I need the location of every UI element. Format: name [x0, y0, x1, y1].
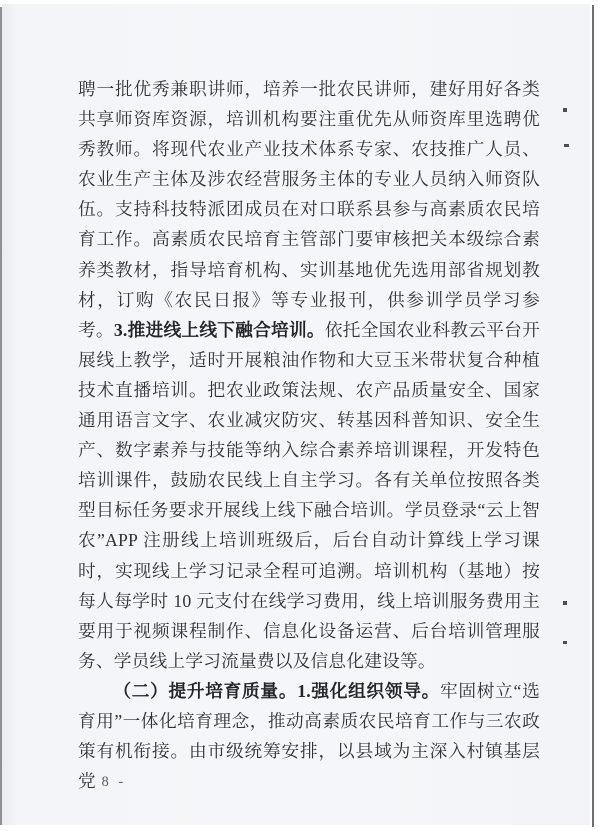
document-text: 聘一批优秀兼职讲师，培养一批农民讲师，建好用好各类共享师资库资源，培训机构要注重… — [78, 74, 540, 796]
right-scan-edge-line — [592, 5, 594, 827]
scan-speck — [563, 601, 567, 605]
bold-text-run: 3.推进线上线下融合培训。 — [114, 320, 325, 340]
left-scan-edge-line — [0, 7, 2, 825]
text-run: 依托全国农业科教云平台开展线上教学，适时开展粮油作物和大豆玉米带状复合种植技术直… — [78, 320, 540, 671]
scanned-document-screenshot: { "page": { "number_label": "- 8 -" }, "… — [0, 0, 598, 831]
scan-speck — [563, 108, 567, 112]
text-run: 聘一批优秀兼职讲师，培养一批农民讲师，建好用好各类共享师资库资源，培训机构要注重… — [78, 79, 540, 340]
page-number: - 8 - — [87, 774, 126, 791]
scan-speck — [564, 144, 569, 147]
paragraph: 聘一批优秀兼职讲师，培养一批农民讲师，建好用好各类共享师资库资源，培训机构要注重… — [78, 74, 540, 676]
paragraph: （二）提升培育质量。1.强化组织领导。牢固树立“选育用”一体化培育理念，推动高素… — [78, 676, 540, 796]
scan-speck — [563, 641, 567, 644]
bold-text-run: （二）提升培育质量。1.强化组织领导。 — [113, 681, 440, 701]
